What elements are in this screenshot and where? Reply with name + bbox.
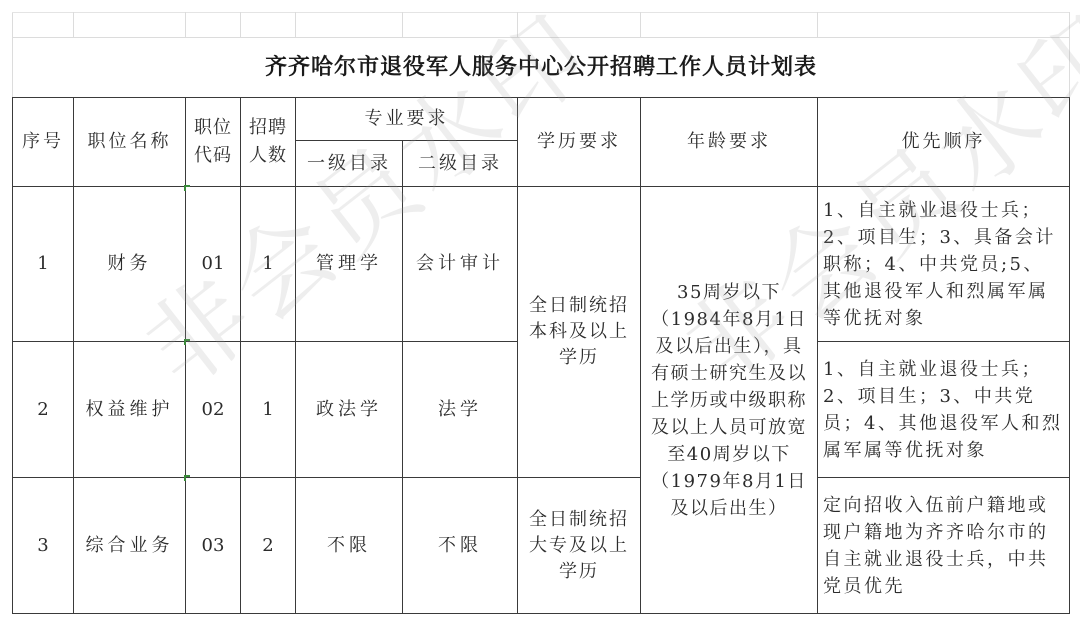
blank-cell[interactable]: [241, 13, 296, 38]
cell-headcount: 1: [241, 342, 296, 478]
cell-seq: 3: [13, 478, 74, 614]
cell-seq: 1: [13, 187, 74, 342]
cell-major-level2: 不限: [403, 478, 518, 614]
header-headcount: 招聘 人数: [241, 98, 296, 187]
blank-cell[interactable]: [818, 13, 1070, 38]
header-headcount-line2: 人数: [241, 142, 295, 170]
cell-priority: 定向招收入伍前户籍地或现户籍地为齐齐哈尔市的自主就业退役士兵，中共党员优先: [818, 478, 1070, 614]
cell-position-name: 权益维护: [74, 342, 186, 478]
header-position-code: 职位 代码: [186, 98, 241, 187]
cell-position-name: 财务: [74, 187, 186, 342]
blank-cell[interactable]: [13, 13, 74, 38]
table-row: 1 财务 01 1 管理学 会计审计 全日制统招本科及以上学历 35周岁以下（1…: [13, 187, 1070, 342]
blank-row: [13, 13, 1070, 38]
cell-major-level1: 不限: [296, 478, 403, 614]
header-major-level2: 二级目录: [403, 141, 518, 187]
cell-age-merged: 35周岁以下（1984年8月1日及以后出生），具有硕士研究生及以上学历或中级职称…: [641, 187, 818, 614]
cell-seq: 2: [13, 342, 74, 478]
cell-marker-icon: [184, 185, 190, 191]
title-row: 齐齐哈尔市退役军人服务中心公开招聘工作人员计划表: [13, 38, 1070, 98]
blank-cell[interactable]: [74, 13, 186, 38]
blank-cell[interactable]: [641, 13, 818, 38]
blank-cell[interactable]: [403, 13, 518, 38]
recruitment-plan-table: 齐齐哈尔市退役军人服务中心公开招聘工作人员计划表 序号 职位名称 职位 代码 招…: [12, 12, 1070, 614]
header-headcount-line1: 招聘: [241, 114, 295, 142]
cell-headcount: 1: [241, 187, 296, 342]
cell-major-level1: 政法学: [296, 342, 403, 478]
blank-cell[interactable]: [186, 13, 241, 38]
cell-position-code: 03: [186, 478, 241, 614]
cell-major-level2: 法学: [403, 342, 518, 478]
cell-major-level2: 会计审计: [403, 187, 518, 342]
cell-position-code: 02: [186, 342, 241, 478]
header-major-requirements: 专业要求: [296, 98, 518, 141]
header-position-name: 职位名称: [74, 98, 186, 187]
cell-priority: 1、自主就业退役士兵；2、项目生；3、具备会计职称；4、中共党员;5、其他退役军…: [818, 187, 1070, 342]
header-row-1: 序号 职位名称 职位 代码 招聘 人数 专业要求 学历要求 年龄要求 优先顺序: [13, 98, 1070, 141]
document-title: 齐齐哈尔市退役军人服务中心公开招聘工作人员计划表: [13, 38, 1070, 98]
table-row: 3 综合业务 03 2 不限 不限 全日制统招大专及以上学历 定向招收入伍前户籍…: [13, 478, 1070, 614]
cell-major-level1: 管理学: [296, 187, 403, 342]
recruitment-plan-sheet: 齐齐哈尔市退役军人服务中心公开招聘工作人员计划表 序号 职位名称 职位 代码 招…: [12, 12, 1069, 614]
header-major-level1: 一级目录: [296, 141, 403, 187]
header-seq: 序号: [13, 98, 74, 187]
cell-education: 全日制统招大专及以上学历: [518, 478, 641, 614]
cell-marker-icon: [184, 339, 190, 345]
header-position-code-line1: 职位: [186, 114, 240, 142]
header-position-code-line2: 代码: [186, 142, 240, 170]
header-age: 年龄要求: [641, 98, 818, 187]
cell-position-name: 综合业务: [74, 478, 186, 614]
cell-headcount: 2: [241, 478, 296, 614]
cell-position-code: 01: [186, 187, 241, 342]
blank-cell[interactable]: [518, 13, 641, 38]
header-education: 学历要求: [518, 98, 641, 187]
cell-priority: 1、自主就业退役士兵；2、项目生；3、中共党员；4、其他退役军人和烈属军属等优抚…: [818, 342, 1070, 478]
blank-cell[interactable]: [296, 13, 403, 38]
cell-education-merged: 全日制统招本科及以上学历: [518, 187, 641, 478]
header-priority: 优先顺序: [818, 98, 1070, 187]
cell-marker-icon: [184, 475, 190, 481]
